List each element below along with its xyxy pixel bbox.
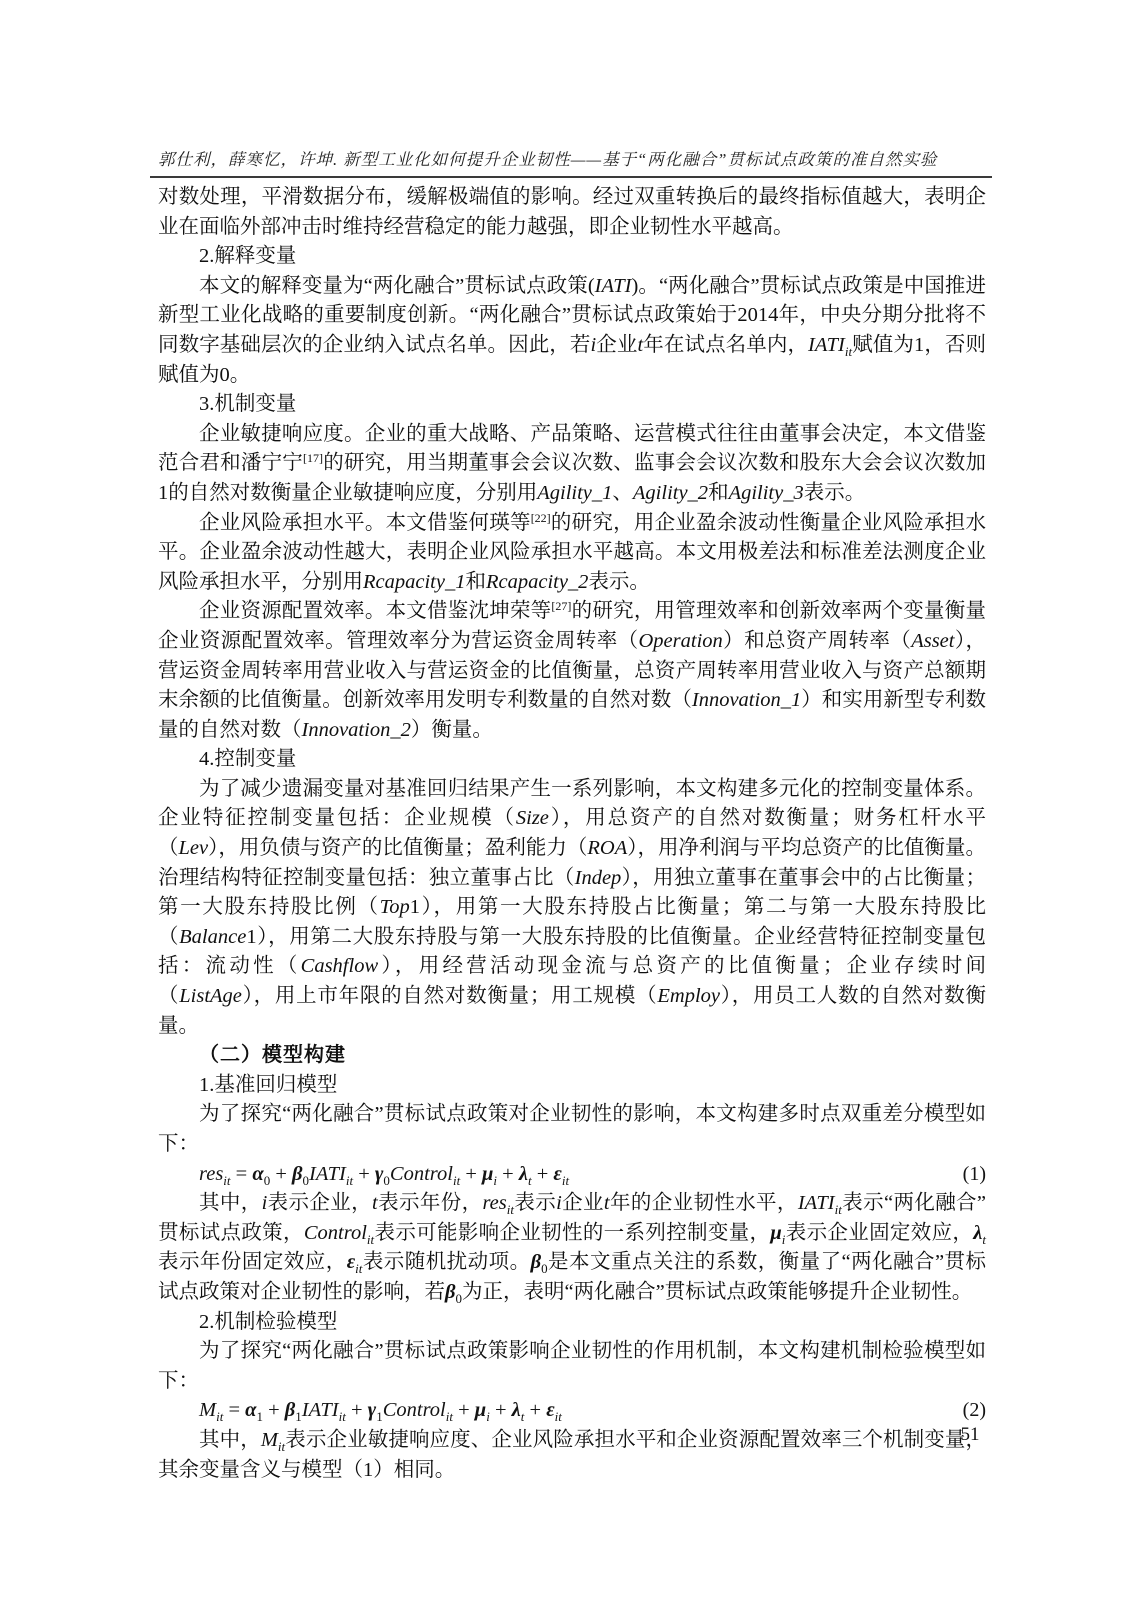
text-segment: M — [199, 1399, 216, 1421]
text-segment: + — [460, 1163, 482, 1185]
text-segment: 、 — [612, 482, 633, 504]
text-segment: + — [497, 1163, 519, 1185]
text-segment: ），用负债与资产的比值衡量；盈利能力（ — [208, 837, 587, 859]
numbered-heading: 2.解释变量 — [158, 242, 986, 272]
text-segment: Control — [383, 1399, 446, 1421]
text-segment: Balance — [179, 926, 246, 948]
text-segment: β — [285, 1399, 296, 1421]
text-segment: ε — [347, 1251, 355, 1273]
text-segment: （二）模型构建 — [199, 1044, 346, 1066]
text-segment: it — [346, 1173, 353, 1188]
text-segment: IATI — [798, 1192, 835, 1214]
text-segment: 和 — [465, 571, 486, 593]
paragraph: 企业敏捷响应度。企业的重大战略、产品策略、运营模式往往由董事会决定，本文借鉴范合… — [158, 420, 986, 509]
equation-number: (2) — [963, 1396, 986, 1426]
text-segment: Innovation_1 — [692, 689, 801, 711]
text-segment: res — [482, 1192, 506, 1214]
text-segment: Agility_2 — [633, 482, 708, 504]
numbered-heading: 4.控制变量 — [158, 745, 986, 775]
text-segment: ε — [553, 1163, 561, 1185]
numbered-heading: 2.机制检验模型 — [158, 1308, 986, 1338]
text-segment: Control — [304, 1222, 367, 1244]
text-segment: it — [507, 1202, 514, 1217]
text-segment: 年在试点名单内， — [643, 334, 808, 356]
text-segment: 表示企业固定效应， — [785, 1222, 973, 1244]
text-segment: 为正，表明“两化融合”贯标试点政策能够提升企业韧性。 — [462, 1281, 972, 1303]
citation-superscript: [17] — [303, 451, 323, 465]
text-segment: 表示年份， — [378, 1192, 483, 1214]
text-segment: 表示 — [514, 1192, 556, 1214]
citation-superscript: [27] — [551, 599, 571, 613]
text-segment: it — [562, 1173, 569, 1188]
text-segment: 表示。 — [804, 482, 866, 504]
equation: Mit = α1 + β1IATIit + γ1Controlit + μi +… — [158, 1396, 986, 1426]
text-segment: 2.解释变量 — [199, 245, 296, 267]
text-segment: 表示企业， — [267, 1192, 372, 1214]
text-segment: ）和总资产周转率（ — [723, 630, 911, 652]
text-segment: β — [531, 1251, 542, 1273]
header-rule — [150, 176, 992, 178]
text-segment: IATI — [808, 334, 845, 356]
text-segment: 其中， — [199, 1192, 262, 1214]
text-segment: μ — [475, 1399, 486, 1421]
text-segment: Cashflow — [301, 955, 378, 977]
text-segment: IATI — [309, 1163, 346, 1185]
text-segment: t — [982, 1232, 986, 1247]
text-segment: μ — [482, 1163, 493, 1185]
text-segment: β — [445, 1281, 456, 1303]
text-segment: + — [453, 1399, 475, 1421]
paragraph: 为了探究“两化融合”贯标试点政策影响企业韧性的作用机制，本文构建机制检验模型如下… — [158, 1337, 986, 1396]
text-segment: β — [292, 1163, 303, 1185]
text-segment: 企业 — [596, 334, 637, 356]
text-segment: Innovation_2 — [302, 719, 411, 741]
paragraph: 企业资源配置效率。本文借鉴沈坤荣等[27]的研究，用管理效率和创新效率两个变量衡… — [158, 597, 986, 745]
paragraph: 为了减少遗漏变量对基准回归结果产生一系列影响，本文构建多元化的控制变量体系。企业… — [158, 775, 986, 1041]
text-segment: λ — [519, 1163, 528, 1185]
text-segment: Asset — [911, 630, 954, 652]
text-segment: λ — [512, 1399, 521, 1421]
text-segment: 2.机制检验模型 — [199, 1311, 337, 1333]
text-segment: IATI — [595, 275, 632, 297]
text-segment: ），用上市年限的自然对数衡量；用工规模（ — [242, 985, 657, 1007]
page-number: 51 — [950, 1424, 990, 1446]
text-segment: Control — [390, 1163, 453, 1185]
text-segment: = — [231, 1163, 253, 1185]
text-segment: Agility_3 — [729, 482, 804, 504]
equation-body: Mit = α1 + β1IATIit + γ1Controlit + μi +… — [199, 1396, 562, 1426]
text-segment: + — [270, 1163, 292, 1185]
text-segment: μ — [770, 1222, 781, 1244]
text-segment: 为了探究“两化融合”贯标试点政策对企业韧性的影响，本文构建多时点双重差分模型如下… — [158, 1103, 986, 1155]
text-segment: 企业资源配置效率。本文借鉴沈坤荣等 — [199, 600, 551, 622]
text-segment: Agility_1 — [537, 482, 612, 504]
text-segment: γ — [368, 1399, 377, 1421]
text-segment: 3.机制变量 — [199, 393, 296, 415]
text-segment: Rcapacity_2 — [486, 571, 588, 593]
text-segment: it — [835, 1202, 842, 1217]
text-segment: 其中， — [199, 1429, 261, 1451]
text-segment: Operation — [639, 630, 723, 652]
paragraph: 本文的解释变量为“两化融合”贯标试点政策(IATI)。“两化融合”贯标试点政策是… — [158, 272, 986, 390]
text-segment: 表示年份固定效应， — [158, 1251, 347, 1273]
text-segment: ROA — [587, 837, 627, 859]
citation-superscript: [22] — [531, 511, 551, 525]
text-segment: + — [353, 1163, 375, 1185]
text-segment: Top — [380, 896, 410, 918]
text-segment: ε — [546, 1399, 554, 1421]
numbered-heading: 3.机制变量 — [158, 390, 986, 420]
text-segment: ListAge — [179, 985, 242, 1007]
paragraph-continuation: 对数处理，平滑数据分布，缓解极端值的影响。经过双重转换后的最终指标值越大，表明企… — [158, 183, 986, 242]
paragraph: 企业风险承担水平。本文借鉴何瑛等[22]的研究，用企业盈余波动性衡量企业风险承担… — [158, 509, 986, 598]
text-segment: ）衡量。 — [411, 719, 493, 741]
text-segment: = — [223, 1399, 245, 1421]
text-segment: 和 — [708, 482, 729, 504]
text-segment: it — [446, 1409, 453, 1424]
text-segment: it — [339, 1409, 346, 1424]
text-segment: 表示随机扰动项。 — [362, 1251, 530, 1273]
text-segment: 表示。 — [588, 571, 650, 593]
running-header-title: 郭仕利，薛寒忆，许坤. 新型工业化如何提升企业韧性——基于“两化融合”贯标试点政… — [158, 146, 988, 170]
numbered-heading: 1.基准回归模型 — [158, 1071, 986, 1101]
text-segment: Employ — [657, 985, 720, 1007]
text-segment: + — [532, 1163, 554, 1185]
text-segment: 本文的解释变量为“两化融合”贯标试点政策( — [199, 275, 595, 297]
text-segment: α — [252, 1163, 263, 1185]
equation: resit = α0 + β0IATIit + γ0Controlit + μi… — [158, 1160, 986, 1190]
text-segment: res — [199, 1163, 223, 1185]
text-segment: 表示可能影响企业韧性的一系列控制变量， — [374, 1222, 770, 1244]
text-segment: it — [555, 1409, 562, 1424]
text-segment: 企业 — [562, 1192, 604, 1214]
text-segment: 4.控制变量 — [199, 748, 296, 770]
text-segment: it — [223, 1173, 230, 1188]
text-segment: 对数处理，平滑数据分布，缓解极端值的影响。经过双重转换后的最终指标值越大，表明企… — [158, 186, 986, 238]
text-segment: + — [524, 1399, 546, 1421]
section-heading: （二）模型构建 — [158, 1041, 986, 1071]
paragraph: 其中，i表示企业，t表示年份，resit表示i企业t年的企业韧性水平，IATIi… — [158, 1189, 986, 1307]
text-segment: + — [263, 1399, 285, 1421]
text-segment: 企业风险承担水平。本文借鉴何瑛等 — [199, 512, 531, 534]
text-segment: 1.基准回归模型 — [199, 1074, 337, 1096]
text-segment: α — [245, 1399, 256, 1421]
text-segment: IATI — [302, 1399, 339, 1421]
text-segment: M — [261, 1429, 278, 1451]
paragraph: 其中，Mit表示企业敏捷响应度、企业风险承担水平和企业资源配置效率三个机制变量，… — [158, 1426, 986, 1485]
text-segment: 表示企业敏捷响应度、企业风险承担水平和企业资源配置效率三个机制变量，其余变量含义… — [158, 1429, 986, 1481]
text-segment: Indep — [575, 867, 622, 889]
text-segment: 年的企业韧性水平， — [610, 1192, 798, 1214]
equation-number: (1) — [963, 1160, 986, 1190]
document-body: 对数处理，平滑数据分布，缓解极端值的影响。经过双重转换后的最终指标值越大，表明企… — [158, 183, 986, 1485]
text-segment: Size — [516, 807, 549, 829]
text-segment: + — [490, 1399, 512, 1421]
text-segment: Lev — [179, 837, 209, 859]
paragraph: 为了探究“两化融合”贯标试点政策对企业韧性的影响，本文构建多时点双重差分模型如下… — [158, 1100, 986, 1159]
text-segment: Rcapacity_1 — [363, 571, 465, 593]
text-segment: + — [346, 1399, 368, 1421]
equation-body: resit = α0 + β0IATIit + γ0Controlit + μi… — [199, 1160, 569, 1190]
paper-page: { "header": { "running_title": "郭仕利，薛寒忆，… — [0, 0, 1140, 1600]
text-segment: 为了探究“两化融合”贯标试点政策影响企业韧性的作用机制，本文构建机制检验模型如下… — [158, 1340, 986, 1392]
